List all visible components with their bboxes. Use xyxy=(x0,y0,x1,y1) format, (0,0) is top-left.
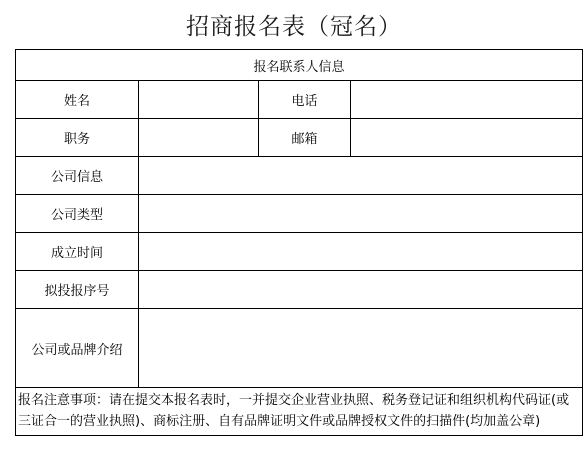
founded-field[interactable] xyxy=(139,233,583,271)
company-info-label: 公司信息 xyxy=(16,157,139,195)
name-value[interactable] xyxy=(139,81,258,118)
intro-field[interactable] xyxy=(139,309,583,388)
section-header: 报名联系人信息 xyxy=(16,50,583,81)
intended-slot-label: 拟投报序号 xyxy=(16,271,139,309)
registration-notes: 报名注意事项：请在提交本报名表时，一并提交企业营业执照、税务登记证和组织机构代码… xyxy=(16,388,583,436)
email-field[interactable] xyxy=(351,119,583,157)
page-title: 招商报名表（冠名） xyxy=(0,8,588,41)
intended-slot-value[interactable] xyxy=(139,271,582,308)
name-label: 姓名 xyxy=(16,81,139,119)
founded-label: 成立时间 xyxy=(16,233,139,271)
position-value[interactable] xyxy=(139,119,258,156)
name-field[interactable] xyxy=(139,81,259,119)
founded-value[interactable] xyxy=(139,233,582,270)
phone-field[interactable] xyxy=(351,81,583,119)
intro-label: 公司或品牌介绍 xyxy=(16,309,139,388)
intended-slot-field[interactable] xyxy=(139,271,583,309)
position-field[interactable] xyxy=(139,119,259,157)
email-label: 邮箱 xyxy=(259,119,351,157)
position-label: 职务 xyxy=(16,119,139,157)
company-info-field[interactable] xyxy=(139,157,583,195)
phone-value[interactable] xyxy=(351,81,582,118)
company-type-label: 公司类型 xyxy=(16,195,139,233)
company-info-value[interactable] xyxy=(139,157,582,194)
company-type-value[interactable] xyxy=(139,195,582,232)
intro-value[interactable] xyxy=(139,309,582,387)
email-value[interactable] xyxy=(351,119,582,156)
phone-label: 电话 xyxy=(259,81,351,119)
company-type-field[interactable] xyxy=(139,195,583,233)
registration-form-table: 报名联系人信息 姓名 电话 职务 邮箱 公司信息 公司类型 成立时间 拟投报序号… xyxy=(15,49,583,436)
